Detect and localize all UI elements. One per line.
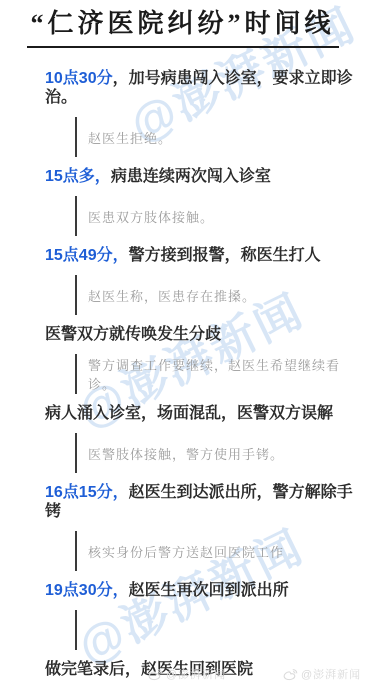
connector-line (75, 196, 77, 236)
footer-watermark-left: @澎湃新闻 (148, 666, 226, 682)
event-time: 10点30分 (45, 70, 113, 87)
timeline-note: 赵医生称，医患存在推搡。 (75, 275, 365, 315)
timeline-event: 19点30分，赵医生再次回到派出所 (45, 581, 353, 600)
footer-watermark-left-label: @澎湃新闻 (166, 666, 226, 682)
event-time: 16点15分， (45, 484, 129, 501)
event-time: 15点49分， (45, 247, 129, 264)
infographic-canvas: @澎湃新闻 @澎湃新闻 @澎湃新闻 “仁济医院纠纷”时间线 10点30分，加号病… (0, 0, 365, 691)
timeline-note: 核实身份后警方送赵回医院工作 (75, 531, 365, 571)
timeline-note: 医警肢体接触，警方使用手铐。 (75, 433, 365, 473)
connector-line (75, 117, 77, 157)
note-text: 赵医生称，医患存在推搡。 (88, 286, 256, 305)
timeline-note: 警方调查工作要继续，赵医生希望继续看诊。 (75, 354, 365, 394)
connector-line (75, 610, 77, 650)
event-time: 15点多， (45, 168, 111, 185)
connector-line (75, 354, 77, 394)
event-text: 医警双方就传唤发生分歧 (45, 326, 221, 343)
note-text: 警方调查工作要继续，赵医生希望继续看诊。 (88, 355, 365, 393)
timeline-event: 15点49分，警方接到报警，称医生打人 (45, 246, 353, 265)
timeline-event: 病人涌入诊室，场面混乱，医警双方误解 (45, 404, 353, 423)
note-text: 核实身份后警方送赵回医院工作 (88, 542, 284, 561)
event-text: 赵医生再次回到派出所 (129, 582, 289, 599)
timeline-event: 医警双方就传唤发生分歧 (45, 325, 353, 344)
timeline-note (75, 610, 365, 650)
timeline-note: 医患双方肢体接触。 (75, 196, 365, 236)
weibo-icon (148, 668, 163, 681)
connector-line (75, 433, 77, 473)
weibo-icon (283, 668, 298, 681)
timeline-note: 赵医生拒绝。 (75, 117, 365, 157)
event-text: 病患连续两次闯入诊室 (111, 168, 271, 185)
event-text: 病人涌入诊室，场面混乱，医警双方误解 (45, 405, 333, 422)
timeline-event: 10点30分，加号病患闯入诊室，要求立即诊治。 (45, 69, 353, 107)
note-text: 赵医生拒绝。 (88, 128, 172, 147)
footer-watermark-right: @澎湃新闻 (283, 666, 361, 682)
footer-watermark-right-label: @澎湃新闻 (301, 666, 361, 682)
timeline-event: 15点多，病患连续两次闯入诊室 (45, 167, 353, 186)
page-title: “仁济医院纠纷”时间线 (27, 6, 339, 48)
timeline-event: 16点15分，赵医生到达派出所，警方解除手铐 (45, 483, 353, 521)
note-text: 医患双方肢体接触。 (88, 207, 214, 226)
event-text: 警方接到报警，称医生打人 (129, 247, 321, 264)
event-time: 19点30分， (45, 582, 129, 599)
timeline: 10点30分，加号病患闯入诊室，要求立即诊治。 赵医生拒绝。 15点多，病患连续… (0, 69, 365, 679)
connector-line (75, 531, 77, 571)
connector-line (75, 275, 77, 315)
note-text: 医警肢体接触，警方使用手铐。 (88, 444, 284, 463)
